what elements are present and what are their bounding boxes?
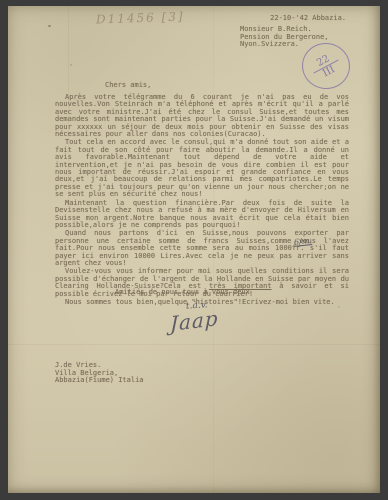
date-line: 22-10-'42 Abbazia. <box>270 14 346 22</box>
signature-name: Jaap <box>170 306 219 336</box>
paper-speck <box>70 64 72 66</box>
pencil-archive-number: D11456 [3] <box>96 9 185 26</box>
closing-line: Amitiés de nous tous à vous deux <box>115 288 250 296</box>
paragraph-2: Tout cela en accord avec le consul,qui m… <box>55 139 349 198</box>
paragraph-3: Maintenant la question financière.Par de… <box>55 200 349 230</box>
letter-body: Après votre télégramme du 6 courant je n… <box>55 94 349 307</box>
paper-speck <box>48 25 51 27</box>
paragraph-1: Après votre télégramme du 6 courant je n… <box>55 94 349 138</box>
sender-address: J.de Vries. Villa Belgeria, Abbazia(Fium… <box>55 362 144 385</box>
paper-crease <box>8 344 380 345</box>
ink-annotation: 6/m. <box>294 236 313 247</box>
sender-city: Abbazia(Fiume) Italia <box>55 377 144 385</box>
scan-background: D11456 [3] 22-10-'42 Abbazia. Monsieur B… <box>0 0 388 500</box>
salutation: Chers amis, <box>105 81 151 89</box>
letter-paper: D11456 [3] 22-10-'42 Abbazia. Monsieur B… <box>8 6 380 493</box>
stamp-date: 22 III <box>309 50 343 81</box>
